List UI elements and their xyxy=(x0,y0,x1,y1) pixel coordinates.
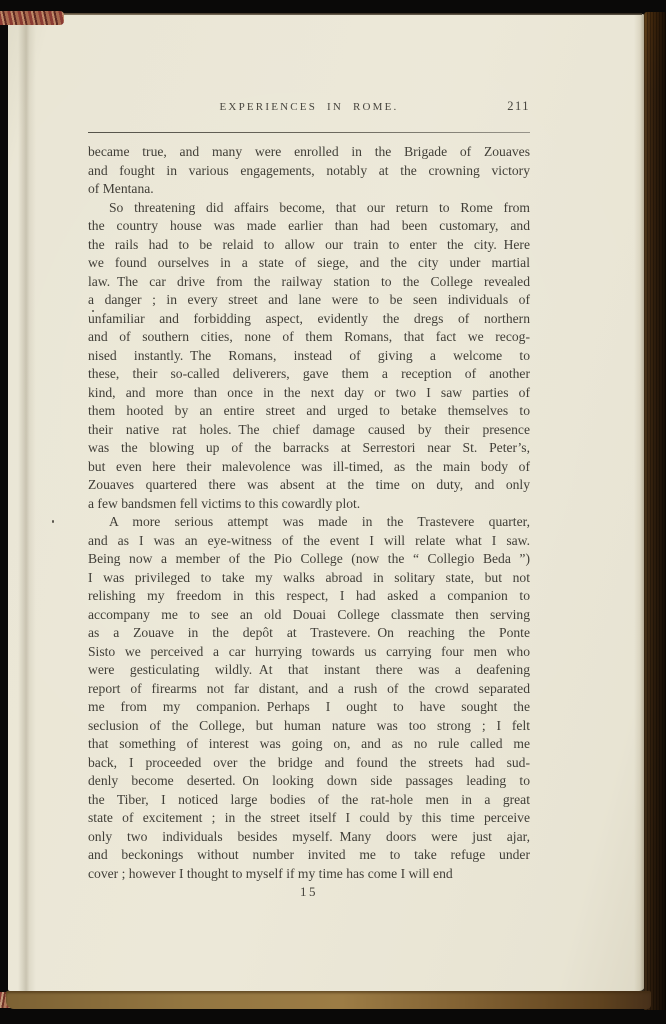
text-line: state of excitement ; in the street itse… xyxy=(88,809,530,828)
printed-text-block: EXPERIENCES IN ROME. 211 became true, an… xyxy=(88,100,530,900)
text-line: them hooted by an entire street and urge… xyxy=(88,402,530,421)
running-header: EXPERIENCES IN ROME. 211 xyxy=(88,100,530,115)
page-bottom-edge xyxy=(6,991,651,1009)
text-line: I was privileged to take my walks abroad… xyxy=(88,569,530,588)
book-page: EXPERIENCES IN ROME. 211 became true, an… xyxy=(8,14,645,991)
headband-marble-top xyxy=(0,11,64,25)
text-line: we found ourselves in a state of siege, … xyxy=(88,254,530,273)
body-text: became true, and many were enrolled in t… xyxy=(88,143,530,883)
signature-mark: 15 xyxy=(88,884,530,900)
page-crease xyxy=(18,14,36,991)
text-line: Sisto we perceived a car hurrying toward… xyxy=(88,643,530,662)
header-rule xyxy=(88,132,530,133)
text-line: and as I was an eye-witness of the event… xyxy=(88,532,530,551)
text-line: a few bandsmen fell victims to this cowa… xyxy=(88,495,530,514)
text-line: me from my companion. Perhaps I ought to… xyxy=(88,698,530,717)
text-line: and of southern cities, none of them Rom… xyxy=(88,328,530,347)
text-line: seclusion of the College, but human natu… xyxy=(88,717,530,736)
text-line: A more serious attempt was made in the T… xyxy=(88,513,530,532)
fore-edge-page-stack xyxy=(644,12,666,1010)
text-line: that something of interest was going on,… xyxy=(88,735,530,754)
page-top-edge xyxy=(62,13,642,15)
text-line: unfamiliar and forbidding aspect, eviden… xyxy=(88,310,530,329)
text-line: the rails had to be relaid to allow our … xyxy=(88,236,530,255)
text-line: the country house was made earlier than … xyxy=(88,217,530,236)
text-line: nised instantly. The Romans, instead of … xyxy=(88,347,530,366)
text-line: accompany me to see an old Douai College… xyxy=(88,606,530,625)
text-line: became true, and many were enrolled in t… xyxy=(88,143,530,162)
text-line: So threatening did affairs become, that … xyxy=(88,199,530,218)
text-line: kind, and more than once in the next day… xyxy=(88,384,530,403)
text-line: but even here their malevolence was ill-… xyxy=(88,458,530,477)
running-header-page-number: 211 xyxy=(507,99,530,114)
text-line: Zouaves quartered there was absent at th… xyxy=(88,476,530,495)
running-header-title: EXPERIENCES IN ROME. xyxy=(88,100,530,115)
text-line: report of firearms not far distant, and … xyxy=(88,680,530,699)
text-line: and fought in various engagements, notab… xyxy=(88,162,530,181)
scanned-book-photo: EXPERIENCES IN ROME. 211 became true, an… xyxy=(0,0,666,1024)
text-line: these, their so-called deliverers, gave … xyxy=(88,365,530,384)
paper-speck xyxy=(92,310,94,312)
text-line: back, I proceeded over the bridge and fo… xyxy=(88,754,530,773)
text-line: relishing my freedom in this respect, I … xyxy=(88,587,530,606)
text-line: only two individuals besides myself. Man… xyxy=(88,828,530,847)
text-line: Being now a member of the Pio College (n… xyxy=(88,550,530,569)
text-line: their native rat holes. The chief damage… xyxy=(88,421,530,440)
paper-speck xyxy=(52,520,54,523)
text-line: cover ; however I thought to myself if m… xyxy=(88,865,530,884)
text-line: were gesticulating wildly. At that insta… xyxy=(88,661,530,680)
text-line: of Mentana. xyxy=(88,180,530,199)
text-line: the Tiber, I noticed large bodies of the… xyxy=(88,791,530,810)
text-line: a danger ; in every street and lane were… xyxy=(88,291,530,310)
text-line: as a Zouave in the depôt at Trastevere. … xyxy=(88,624,530,643)
text-line: was the blowing up of the barracks at Se… xyxy=(88,439,530,458)
text-line: and beckonings without number invited me… xyxy=(88,846,530,865)
text-line: denly become deserted. On looking down s… xyxy=(88,772,530,791)
text-line: law. The car drive from the railway stat… xyxy=(88,273,530,292)
